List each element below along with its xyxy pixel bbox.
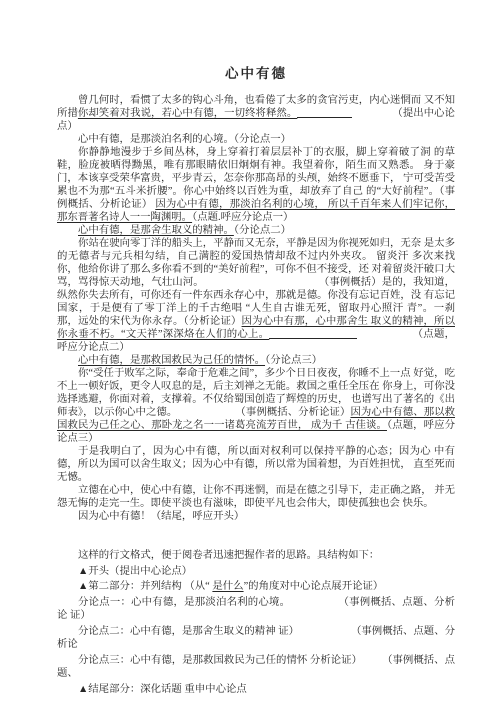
- structure-intro: 这样的行文格式，便于阅卷者迅速把握作者的思路。具结构如下：: [57, 549, 455, 563]
- text-run: 分论点三：心中有德，是那救国救民为己任的情怀 分析论证）: [78, 655, 362, 666]
- paragraph-ending: 因为心中有德！（结尾，呼应开头）: [57, 510, 455, 523]
- structure-second-part-item: ▲第二部分：并列结构 （从“ 是什么”的角度对中心论点展开论证）: [57, 580, 455, 594]
- text-run: ▲结尾部分：深化话题 重申中心论点: [78, 684, 247, 695]
- annotation-run: （事例概括、分析论证）: [235, 407, 350, 418]
- text-run: ”的角度对中心论点展开论证）: [244, 581, 384, 592]
- spacer: [362, 655, 382, 665]
- structure-subpoint-1-item: 分论点一：心中有德，是那淡泊名利的心境。（事例概括、点题、分析论 证）: [57, 596, 455, 623]
- essay-title: 心中有德: [57, 62, 455, 82]
- spacer: [290, 597, 338, 607]
- paragraph-subpoint-3: 心中有德，是那救国救民为己任的情怀。（分论点三）: [57, 354, 455, 367]
- spacer: [204, 277, 319, 287]
- paragraph-lide: 立德在心中，使心中有德，让你不再迷惘，而是在德之引导下，走正确之路， 并无怨无悔…: [57, 484, 455, 510]
- text-run: ▲第二部分：并列结构 （从“: [78, 581, 212, 592]
- underlined-subpoint-run: 心中有德，是那救国救民为己任的情怀。: [78, 355, 265, 366]
- underlined-run: 是什么: [212, 581, 243, 592]
- text-run: 立德在心中，使心中有德，让你不再迷惘，而是在德之引导下，走正确之路， 并无怨无悔…: [57, 485, 455, 509]
- structure-subpoint-3-item: 分论点三：心中有德，是那救国救民为己任的情怀 分析论证）（事例概括、点题、: [57, 654, 455, 681]
- structure-outline-section: 这样的行文格式，便于阅卷者迅速把握作者的思路。具结构如下： ▲开头（提出中心论点…: [57, 549, 455, 696]
- underlined-subpoint-run: 心中有德，是那舍生取义的精神。: [78, 225, 234, 236]
- spacer: [299, 626, 351, 636]
- spacer: [357, 329, 412, 339]
- structure-opening-item: ▲开头（提出中心论点）: [57, 565, 455, 579]
- annotation-run: （分论点二）: [234, 225, 291, 236]
- paragraph-wentianxiang: 你站在驶向零丁洋的船头上，平静而又无奈，平静是因为你视死如归，无奈 是太多的无德…: [57, 237, 455, 354]
- underlined-thesis-run: 你却笑着对我说，若心中有德，一切终将释然。: [78, 108, 297, 119]
- annotation-run: （点题.呼应分论点一）: [192, 212, 293, 223]
- paragraph-taoyuanming: 你静静地漫步于乡间丛林，身上穿着打着层层补丁的衣服，脚上穿着破了洞 的草鞋，脸庞…: [57, 146, 455, 224]
- document-page: 心中有德 曾几何时，看惯了太多的钩心斗角，也看倦了太多的贪官污吏，内心迷惘而 又…: [0, 0, 500, 708]
- text-run: 因为心中有德！（结尾，呼应开头）: [78, 511, 244, 522]
- spacer: [177, 407, 235, 417]
- paragraph-subpoint-1: 心中有德，是那淡泊名利的心境。（分论点一）: [57, 133, 455, 146]
- text-run: 于是我明白了，因为心中有德，所以面对权利可以保持平静的心态；因为心 中有德，所以…: [57, 446, 455, 483]
- structure-ending-item: ▲结尾部分：深化话题 重申中心论点: [57, 683, 455, 697]
- structure-subpoint-2-item: 分论点二：心中有德，是那舍生取义的精神 证）（事例概括、点题、分析论: [57, 625, 455, 652]
- text-run: 心中有德，是那淡泊名利的心境。（分论点一）: [78, 134, 291, 145]
- text-run: 这样的行文格式，便于阅卷者迅速把握作者的思路。具结构如下：: [78, 550, 379, 561]
- underline-spacer: [297, 107, 352, 118]
- spacer: [352, 108, 392, 118]
- underline-spacer: [269, 328, 357, 339]
- paragraph-summary: 于是我明白了，因为心中有德，所以面对权利可以保持平静的心态；因为心 中有德，所以…: [57, 445, 455, 484]
- paragraph-opening: 曾几何时，看惯了太多的钩心斗角，也看倦了太多的贪官污吏，内心迷惘而 又不知所措你…: [57, 94, 455, 133]
- text-run: ▲开头（提出中心论点）: [78, 566, 192, 577]
- text-run: 分论点一：心中有德，是那淡泊名利的心境。: [78, 597, 290, 608]
- paragraph-zhugeliang: 你“受任于败军之际，奉命于危难之间”，多少个日日夜夜，你睡不上一点 好觉，吃不上…: [57, 367, 455, 445]
- annotation-run: （分论点三）: [265, 355, 322, 366]
- paragraph-subpoint-2: 心中有德，是那舍生取义的精神。（分论点二）: [57, 224, 455, 237]
- text-run: 分论点二：心中有德，是那舍生取义的精神 证）: [78, 626, 299, 637]
